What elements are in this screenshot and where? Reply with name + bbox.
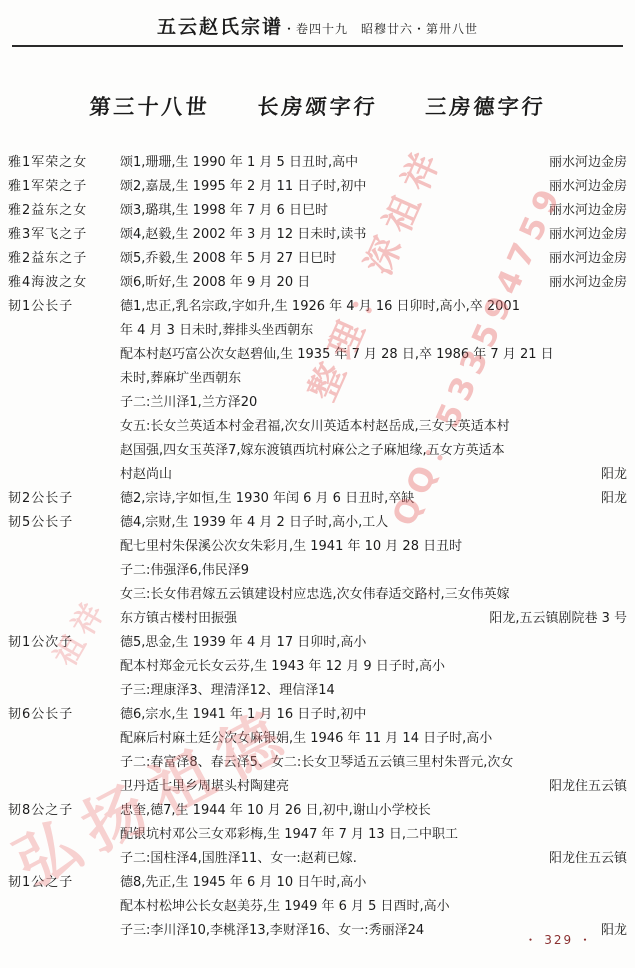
lineage-label: 雅1军荣之女 (8, 151, 120, 175)
lineage-label: 雅1军荣之子 (8, 175, 120, 199)
entry-text: 德2,宗诗,字如恒,生 1930 年闰 6 月 6 日丑时,卒缺 (120, 487, 414, 511)
entry-line: 德2,宗诗,字如恒,生 1930 年闰 6 月 6 日丑时,卒缺阳龙 (120, 487, 627, 511)
residence-label: 丽水河边金房 (541, 271, 627, 295)
residence-label: 丽水河边金房 (541, 199, 627, 223)
entry-line: 子二:国柱泽4,国胜泽11、女一:赵莉已嫁.阳龙住五云镇 (120, 847, 627, 871)
entry-line: 子二:春富泽8、春云泽5、女二:长女卫琴适五云镇三里村朱晋元,次女 (120, 751, 627, 775)
entry-content: 颂4,赵毅,生 2002 年 3 月 12 日未时,读书丽水河边金房 (120, 223, 627, 247)
entry-text: 子二:春富泽8、春云泽5、女二:长女卫琴适五云镇三里村朱晋元,次女 (120, 751, 513, 775)
entry-line: 村赵尚山阳龙 (120, 463, 627, 487)
entry-text: 东方镇古楼村田振强 (120, 607, 237, 631)
entry-line: 配七里村朱保溪公次女朱彩月,生 1941 年 10 月 28 日丑时 (120, 535, 627, 559)
genealogy-entry: 韧8公之子 忠奎,德7,生 1944 年 10 月 26 日,初中,谢山小学校长… (8, 799, 627, 871)
genealogy-entry: 韧1公长子 德1,忠正,乳名宗政,字如升,生 1926 年 4 月 16 日卯时… (8, 295, 627, 487)
residence-label: 阳龙住五云镇 (541, 847, 627, 871)
entry-text: 配七里村朱保溪公次女朱彩月,生 1941 年 10 月 28 日丑时 (120, 535, 462, 559)
entry-text: 配本村郑金元长女云芬,生 1943 年 12 月 9 日子时,高小 (120, 655, 445, 679)
entry-text: 子二:伟强泽6,伟民泽9 (120, 559, 249, 583)
section-title: 第三十八世 长房颂字行 三房德字行 (0, 91, 635, 121)
entry-text: 德6,宗水,生 1941 年 1 月 16 日子时,初中 (120, 703, 366, 727)
entry-line: 年 4 月 3 日未时,葬排头坐西朝东 (120, 319, 627, 343)
entry-line: 赵国强,四女玉英泽7,嫁东渡镇西坑村麻公之子麻旭缘,五女方英适本 (120, 439, 627, 463)
entry-line: 颂4,赵毅,生 2002 年 3 月 12 日未时,读书丽水河边金房 (120, 223, 627, 247)
entry-text: 村赵尚山 (120, 463, 172, 487)
entry-text: 颂3,璐琪,生 1998 年 7 月 6 日巳时 (120, 199, 328, 223)
genealogy-entry: 雅2益东之子 颂5,乔毅,生 2008 年 5 月 27 日巳时丽水河边金房 (8, 247, 627, 271)
lineage-label: 韧2公长子 (8, 487, 120, 511)
entry-text: 颂5,乔毅,生 2008 年 5 月 27 日巳时 (120, 247, 336, 271)
residence-label: 丽水河边金房 (541, 223, 627, 247)
entry-line: 子二:伟强泽6,伟民泽9 (120, 559, 627, 583)
entry-line: 未时,葬麻圹坐西朝东 (120, 367, 627, 391)
entry-line: 德6,宗水,生 1941 年 1 月 16 日子时,初中 (120, 703, 627, 727)
volume-subtitle: ・卷四十九 昭穆廿六・第卅八世 (283, 22, 478, 36)
entry-line: 配本村松坤公长女赵美芬,生 1949 年 6 月 5 日酉时,高小 (120, 895, 627, 919)
residence-label: 阳龙 (593, 487, 627, 511)
lineage-label: 韧1公之子 (8, 871, 120, 943)
lineage-label: 韧5公长子 (8, 511, 120, 631)
entry-text: 德8,先正,生 1945 年 6 月 10 日午时,高小 (120, 871, 366, 895)
entry-line: 卫丹适七里乡周堪头村陶建亮阳龙住五云镇 (120, 775, 627, 799)
entry-content: 德4,宗财,生 1939 年 4 月 2 日子时,高小,工人配七里村朱保溪公次女… (120, 511, 627, 631)
genealogy-entry: 韧5公长子 德4,宗财,生 1939 年 4 月 2 日子时,高小,工人配七里村… (8, 511, 627, 631)
page-number: ・ 329 ・ (524, 931, 593, 948)
entry-line: 颂2,嘉晟,生 1995 年 2 月 11 日子时,初中丽水河边金房 (120, 175, 627, 199)
lineage-label: 韧1公次子 (8, 631, 120, 703)
residence-label: 阳龙 (593, 919, 627, 943)
entries: 雅1军荣之女 颂1,珊珊,生 1990 年 1 月 5 日丑时,高中丽水河边金房… (0, 151, 635, 943)
entry-line: 女三:长女伟君嫁五云镇建设村应忠选,次女伟春适交路村,三女伟英嫁 (120, 583, 627, 607)
entry-text: 年 4 月 3 日未时,葬排头坐西朝东 (120, 319, 313, 343)
residence-label: 丽水河边金房 (541, 247, 627, 271)
genealogy-entry: 韧2公长子 德2,宗诗,字如恒,生 1930 年闰 6 月 6 日丑时,卒缺阳龙 (8, 487, 627, 511)
entry-line: 颂6,昕好,生 2008 年 9 月 20 日丽水河边金房 (120, 271, 627, 295)
entry-line: 德4,宗财,生 1939 年 4 月 2 日子时,高小,工人 (120, 511, 627, 535)
entry-content: 忠奎,德7,生 1944 年 10 月 26 日,初中,谢山小学校长配银坑村邓公… (120, 799, 627, 871)
residence-label: 阳龙 (593, 463, 627, 487)
entry-line: 德8,先正,生 1945 年 6 月 10 日午时,高小 (120, 871, 627, 895)
entry-text: 赵国强,四女玉英泽7,嫁东渡镇西坑村麻公之子麻旭缘,五女方英适本 (120, 439, 505, 463)
entry-line: 子二:兰川泽1,兰方泽20 (120, 391, 627, 415)
residence-label: 丽水河边金房 (541, 175, 627, 199)
genealogy-entry: 韧1公次子 德5,思金,生 1939 年 4 月 17 日卯时,高小配本村郑金元… (8, 631, 627, 703)
entry-text: 女五:长女兰英适本村金君福,次女川英适本村赵岳成,三女夫英适本村 (120, 415, 510, 439)
header-divider (12, 45, 623, 47)
genealogy-entry: 雅3军飞之子 颂4,赵毅,生 2002 年 3 月 12 日未时,读书丽水河边金… (8, 223, 627, 247)
entry-text: 颂4,赵毅,生 2002 年 3 月 12 日未时,读书 (120, 223, 366, 247)
entry-content: 德1,忠正,乳名宗政,字如升,生 1926 年 4 月 16 日卯时,高小,卒 … (120, 295, 627, 487)
book-title: 五云赵氏宗谱 (157, 16, 283, 38)
entry-content: 德6,宗水,生 1941 年 1 月 16 日子时,初中配麻后村麻土廷公次女麻银… (120, 703, 627, 799)
entry-text: 配本村赵巧富公次女赵碧仙,生 1935 年 7 月 28 日,卒 1986 年 … (120, 343, 554, 367)
genealogy-entry: 雅1军荣之女 颂1,珊珊,生 1990 年 1 月 5 日丑时,高中丽水河边金房 (8, 151, 627, 175)
entry-line: 配银坑村邓公三女邓彩梅,生 1947 年 7 月 13 日,二中职工 (120, 823, 627, 847)
entry-text: 子三:理康泽3、理清泽12、理信泽14 (120, 679, 335, 703)
entry-text: 颂2,嘉晟,生 1995 年 2 月 11 日子时,初中 (120, 175, 366, 199)
residence-label: 阳龙,五云镇剧院巷 3 号 (481, 607, 627, 631)
genealogy-entry: 雅1军荣之子 颂2,嘉晟,生 1995 年 2 月 11 日子时,初中丽水河边金… (8, 175, 627, 199)
entry-content: 德2,宗诗,字如恒,生 1930 年闰 6 月 6 日丑时,卒缺阳龙 (120, 487, 627, 511)
entry-text: 配银坑村邓公三女邓彩梅,生 1947 年 7 月 13 日,二中职工 (120, 823, 458, 847)
lineage-label: 雅4海波之女 (8, 271, 120, 295)
entry-text: 德4,宗财,生 1939 年 4 月 2 日子时,高小,工人 (120, 511, 388, 535)
entry-content: 颂6,昕好,生 2008 年 9 月 20 日丽水河边金房 (120, 271, 627, 295)
entry-line: 配麻后村麻土廷公次女麻银娟,生 1946 年 11 月 14 日子时,高小 (120, 727, 627, 751)
entry-line: 东方镇古楼村田振强阳龙,五云镇剧院巷 3 号 (120, 607, 627, 631)
residence-label: 丽水河边金房 (541, 151, 627, 175)
entry-line: 女五:长女兰英适本村金君福,次女川英适本村赵岳成,三女夫英适本村 (120, 415, 627, 439)
entry-text: 配麻后村麻土廷公次女麻银娟,生 1946 年 11 月 14 日子时,高小 (120, 727, 492, 751)
entry-line: 颂3,璐琪,生 1998 年 7 月 6 日巳时丽水河边金房 (120, 199, 627, 223)
entry-line: 颂5,乔毅,生 2008 年 5 月 27 日巳时丽水河边金房 (120, 247, 627, 271)
genealogy-entry: 雅2益东之女 颂3,璐琪,生 1998 年 7 月 6 日巳时丽水河边金房 (8, 199, 627, 223)
entry-line: 忠奎,德7,生 1944 年 10 月 26 日,初中,谢山小学校长 (120, 799, 627, 823)
page-header: 五云赵氏宗谱・卷四十九 昭穆廿六・第卅八世 (0, 0, 635, 39)
entry-line: 子三:理康泽3、理清泽12、理信泽14 (120, 679, 627, 703)
genealogy-page: 五云赵氏宗谱・卷四十九 昭穆廿六・第卅八世 第三十八世 长房颂字行 三房德字行 … (0, 0, 635, 968)
lineage-label: 韧8公之子 (8, 799, 120, 871)
entry-text: 颂6,昕好,生 2008 年 9 月 20 日 (120, 271, 310, 295)
entry-text: 颂1,珊珊,生 1990 年 1 月 5 日丑时,高中 (120, 151, 358, 175)
entry-text: 卫丹适七里乡周堪头村陶建亮 (120, 775, 289, 799)
entry-line: 德1,忠正,乳名宗政,字如升,生 1926 年 4 月 16 日卯时,高小,卒 … (120, 295, 627, 319)
entry-content: 颂2,嘉晟,生 1995 年 2 月 11 日子时,初中丽水河边金房 (120, 175, 627, 199)
entry-content: 颂5,乔毅,生 2008 年 5 月 27 日巳时丽水河边金房 (120, 247, 627, 271)
entry-text: 女三:长女伟君嫁五云镇建设村应忠选,次女伟春适交路村,三女伟英嫁 (120, 583, 510, 607)
entry-line: 德5,思金,生 1939 年 4 月 17 日卯时,高小 (120, 631, 627, 655)
entry-content: 颂3,璐琪,生 1998 年 7 月 6 日巳时丽水河边金房 (120, 199, 627, 223)
lineage-label: 雅2益东之女 (8, 199, 120, 223)
lineage-label: 韧6公长子 (8, 703, 120, 799)
entry-text: 德5,思金,生 1939 年 4 月 17 日卯时,高小 (120, 631, 366, 655)
genealogy-entry: 韧6公长子 德6,宗水,生 1941 年 1 月 16 日子时,初中配麻后村麻土… (8, 703, 627, 799)
entry-line: 配本村郑金元长女云芬,生 1943 年 12 月 9 日子时,高小 (120, 655, 627, 679)
entry-text: 子三:李川泽10,李桃泽13,李财泽16、女一:秀丽泽24 (120, 919, 424, 943)
lineage-label: 雅2益东之子 (8, 247, 120, 271)
entry-line: 颂1,珊珊,生 1990 年 1 月 5 日丑时,高中丽水河边金房 (120, 151, 627, 175)
entry-text: 德1,忠正,乳名宗政,字如升,生 1926 年 4 月 16 日卯时,高小,卒 … (120, 295, 520, 319)
entry-text: 未时,葬麻圹坐西朝东 (120, 367, 241, 391)
entry-line: 配本村赵巧富公次女赵碧仙,生 1935 年 7 月 28 日,卒 1986 年 … (120, 343, 627, 367)
entry-text: 忠奎,德7,生 1944 年 10 月 26 日,初中,谢山小学校长 (120, 799, 431, 823)
lineage-label: 韧1公长子 (8, 295, 120, 487)
entry-text: 子二:国柱泽4,国胜泽11、女一:赵莉已嫁. (120, 847, 357, 871)
genealogy-entry: 雅4海波之女 颂6,昕好,生 2008 年 9 月 20 日丽水河边金房 (8, 271, 627, 295)
entry-content: 德5,思金,生 1939 年 4 月 17 日卯时,高小配本村郑金元长女云芬,生… (120, 631, 627, 703)
entry-text: 配本村松坤公长女赵美芬,生 1949 年 6 月 5 日酉时,高小 (120, 895, 450, 919)
lineage-label: 雅3军飞之子 (8, 223, 120, 247)
entry-text: 子二:兰川泽1,兰方泽20 (120, 391, 257, 415)
residence-label: 阳龙住五云镇 (541, 775, 627, 799)
entry-content: 颂1,珊珊,生 1990 年 1 月 5 日丑时,高中丽水河边金房 (120, 151, 627, 175)
